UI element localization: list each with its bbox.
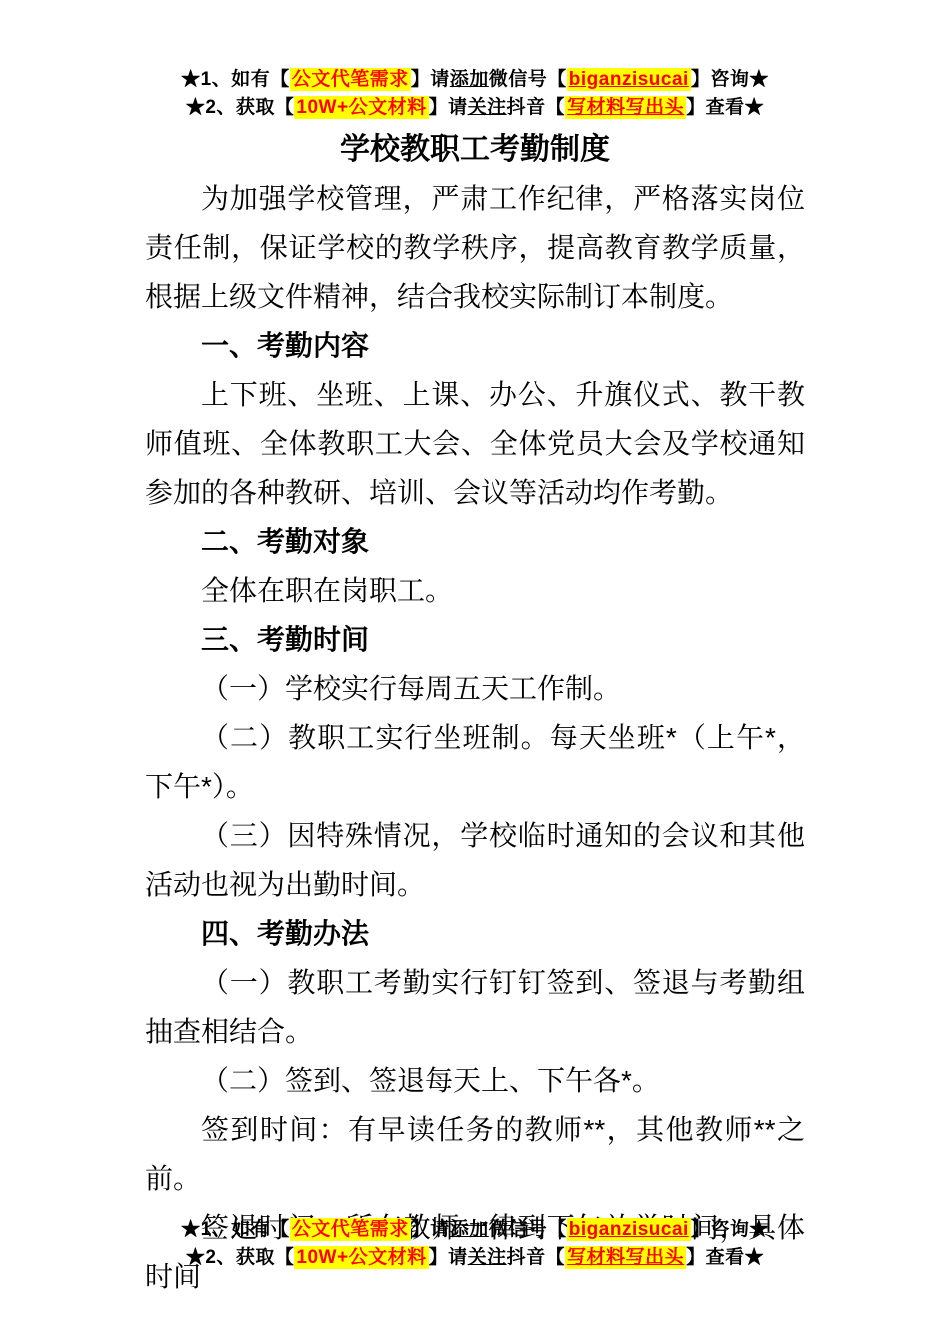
promo-text: 抖音【 [507,97,566,118]
section-4-paragraph-1: （一）教职工考勤实行钉钉签到、签退与考勤组抽查相结合。 [145,958,805,1056]
document-title: 学校教职工考勤制度 [0,126,950,174]
promo-header-line2: ★2、获取【10W+公文材料】请关注抖音【写材料写出头】查看★ [0,94,950,122]
promo-text: 】请 [429,97,468,118]
promo-text: ★2、获取【 [186,97,295,118]
promo-text: 微信号【 [489,69,567,90]
promo-wechat-id: biganzisucai [567,1218,691,1241]
promo-text: ★2、获取【 [186,1247,295,1268]
section-2-paragraph: 全体在职在岗职工。 [145,566,805,615]
promo-text: 】咨询★ [691,1219,769,1240]
section-heading-2: 二、考勤对象 [145,517,805,566]
section-4-paragraph-2: （二）签到、签退每天上、下午各*。 [145,1056,805,1105]
section-3-paragraph-1: （一）学校实行每周五天工作制。 [145,664,805,713]
promo-underline-tianjia: 添加 [450,1219,489,1240]
promo-underline-guanzhu: 关注 [468,97,507,118]
promo-text: 】请 [411,1219,450,1240]
promo-text: 】请 [411,69,450,90]
promo-highlight-10w-material: 10W+公文材料 [294,96,428,119]
promo-douyin-id: 写材料写出头 [565,96,686,119]
promo-text: ★1、如有【 [181,69,290,90]
promo-underline-guanzhu: 关注 [468,1247,507,1268]
promo-text: ★1、如有【 [181,1219,290,1240]
promo-highlight-gongwen-daibi: 公文代笔需求 [290,1218,411,1241]
promo-wechat-id: biganzisucai [567,68,691,91]
promo-text: 】咨询★ [691,69,769,90]
section-heading-1: 一、考勤内容 [145,321,805,370]
section-heading-4: 四、考勤办法 [145,909,805,958]
promo-text: 】请 [429,1247,468,1268]
promo-header: ★1、如有【公文代笔需求】请添加微信号【biganzisucai】咨询★ ★2、… [0,0,950,122]
section-3-paragraph-3: （三）因特殊情况，学校临时通知的会议和其他活动也视为出勤时间。 [145,811,805,909]
promo-footer: ★1、如有【公文代笔需求】请添加微信号【biganzisucai】咨询★ ★2、… [0,1216,950,1272]
section-4-paragraph-3: 签到时间：有早读任务的教师**，其他教师**之前。 [145,1105,805,1203]
section-1-paragraph: 上下班、坐班、上课、办公、升旗仪式、教干教师值班、全体教职工大会、全体党员大会及… [145,370,805,517]
promo-highlight-gongwen-daibi: 公文代笔需求 [290,68,411,91]
promo-footer-line2: ★2、获取【10W+公文材料】请关注抖音【写材料写出头】查看★ [0,1244,950,1272]
promo-douyin-id: 写材料写出头 [565,1246,686,1269]
promo-footer-line1: ★1、如有【公文代笔需求】请添加微信号【biganzisucai】咨询★ [0,1216,950,1244]
promo-highlight-10w-material: 10W+公文材料 [294,1246,428,1269]
section-heading-3: 三、考勤时间 [145,615,805,664]
promo-header-line1: ★1、如有【公文代笔需求】请添加微信号【biganzisucai】咨询★ [0,66,950,94]
promo-text: 抖音【 [507,1247,566,1268]
section-3-paragraph-2: （二）教职工实行坐班制。每天坐班*（上午*，下午*）。 [145,713,805,811]
promo-underline-tianjia: 添加 [450,69,489,90]
promo-text: 微信号【 [489,1219,567,1240]
promo-text: 】查看★ [686,97,764,118]
intro-paragraph: 为加强学校管理，严肃工作纪律，严格落实岗位责任制，保证学校的教学秩序，提高教育教… [145,174,805,321]
document-body: 为加强学校管理，严肃工作纪律，严格落实岗位责任制，保证学校的教学秩序，提高教育教… [0,174,950,1301]
promo-text: 】查看★ [686,1247,764,1268]
